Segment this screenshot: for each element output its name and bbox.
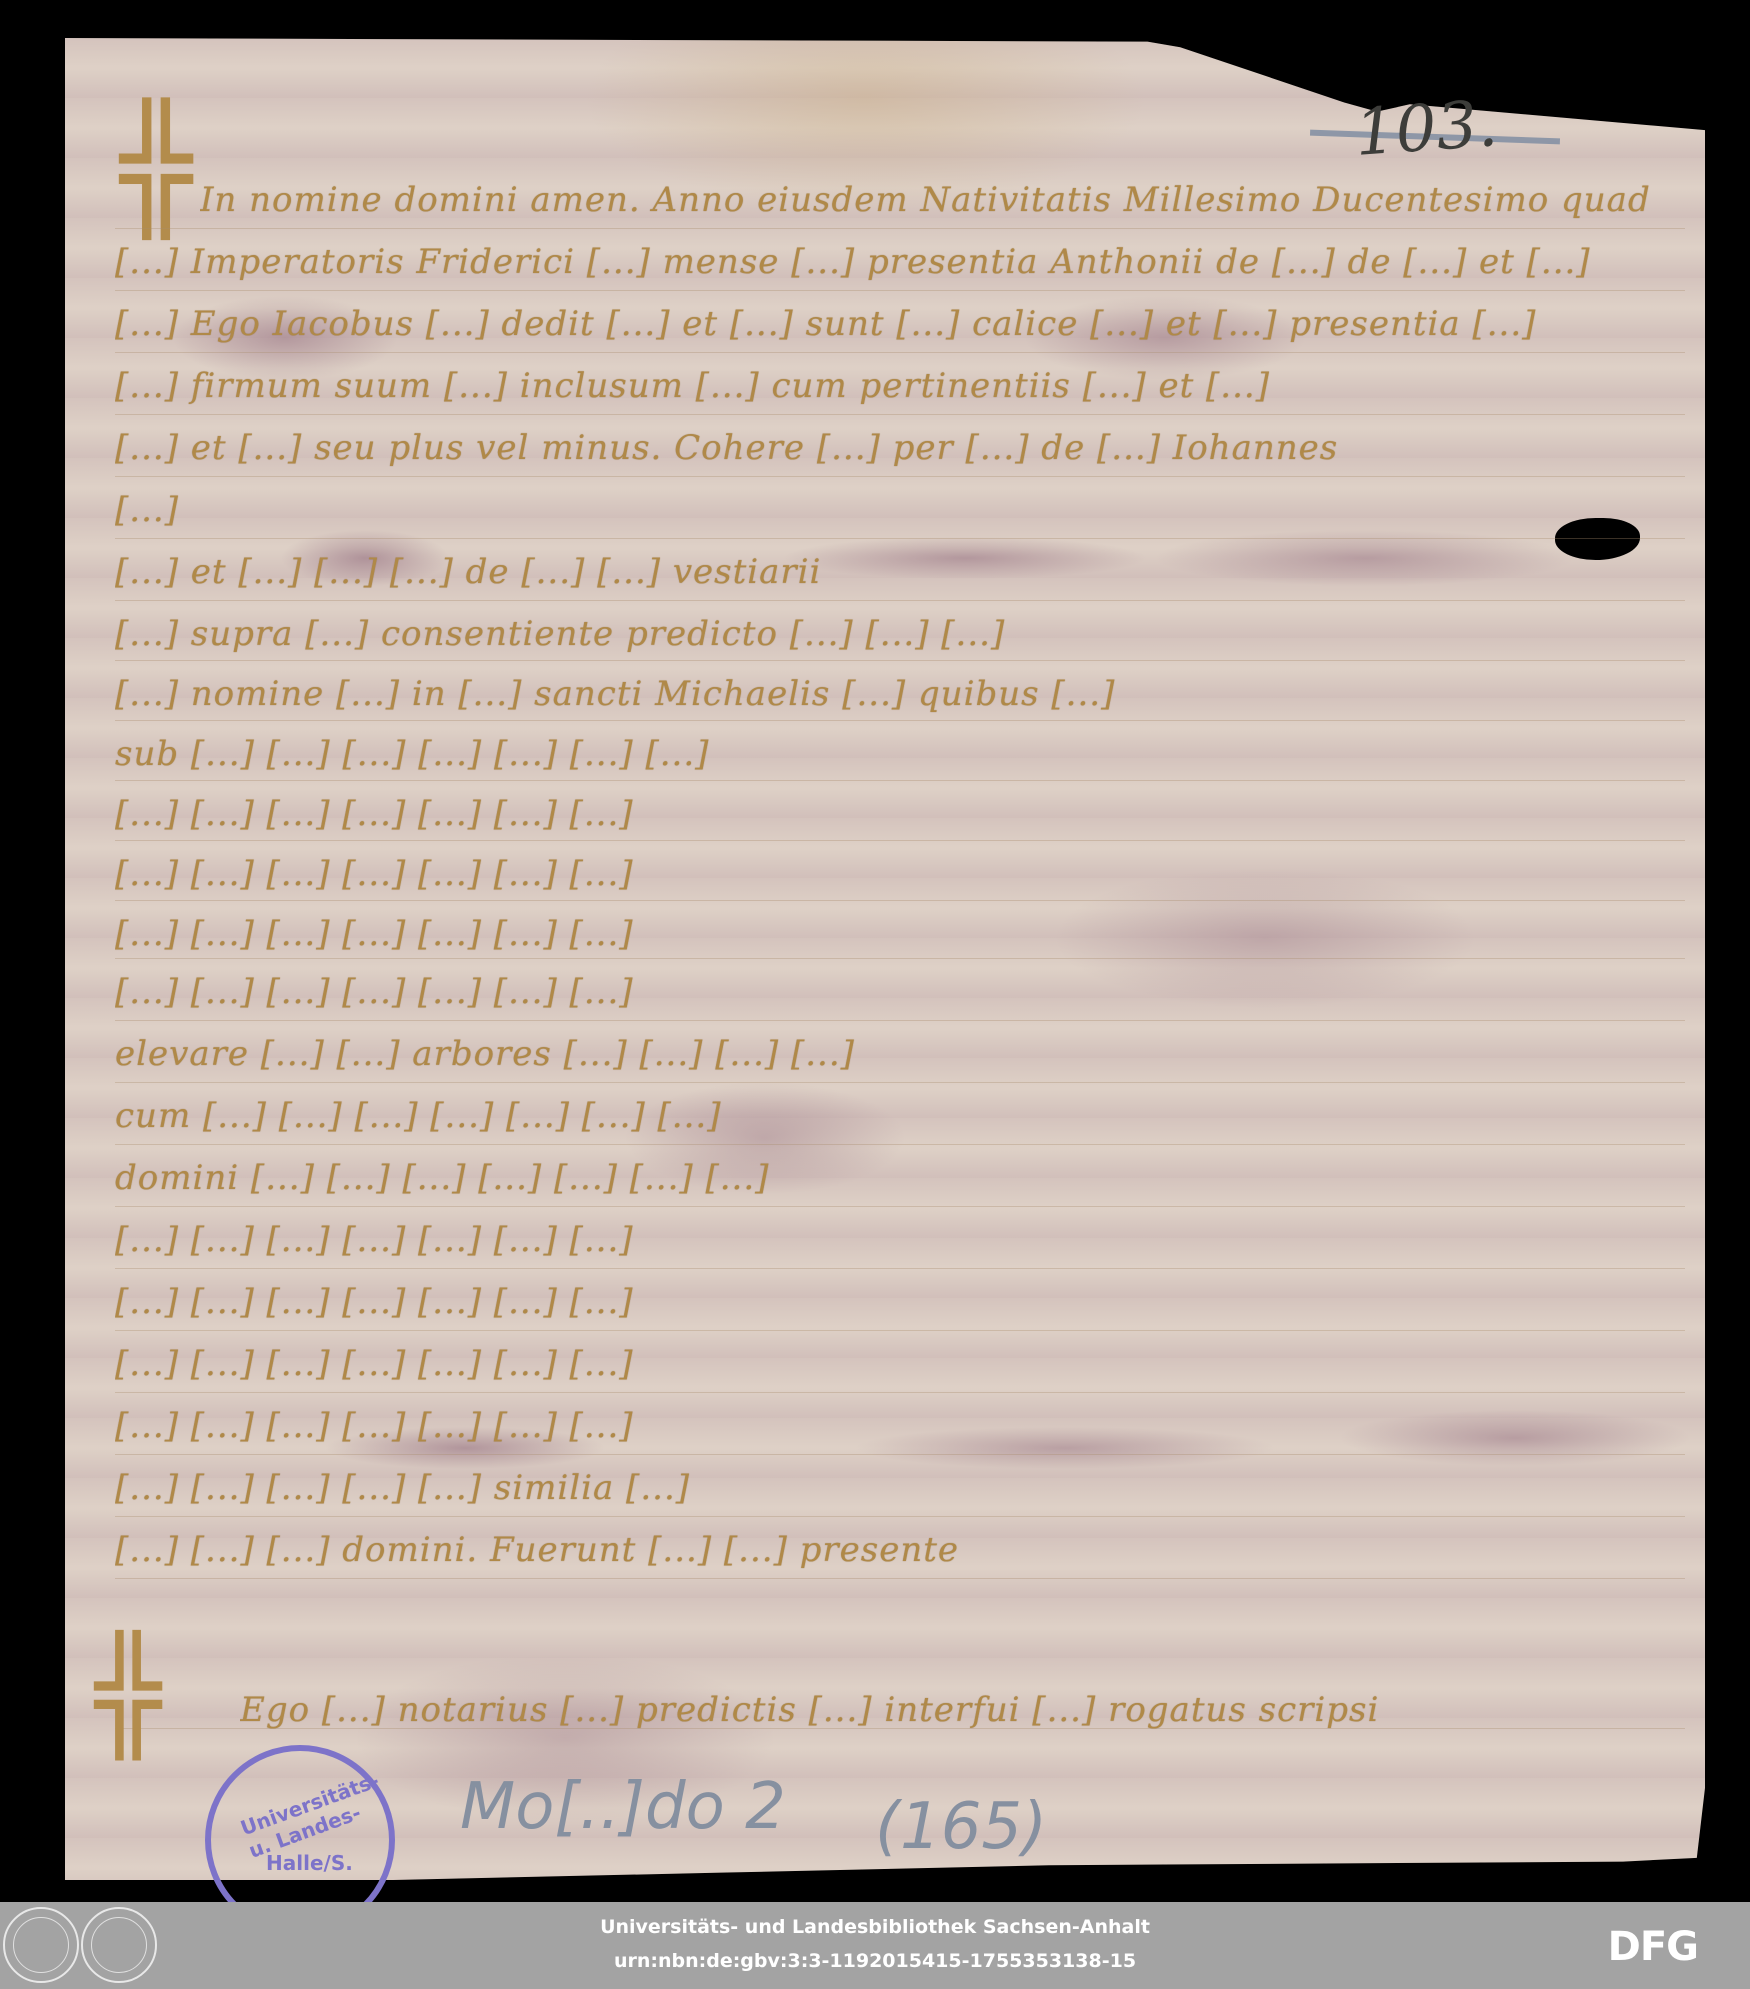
text-line: [...] et [...] seu plus vel minus. Coher… [115,428,1695,468]
text-line: domini [...] [...] [...] [...] [...] [..… [115,1158,1695,1198]
ruling-line [115,228,1685,229]
text-line: [...] [...] [...] [...] [...] [...] [...… [115,1406,1695,1446]
invocation-cross-icon: ╬ [120,110,192,230]
ruling-line [115,1020,1685,1021]
notarial-subscription: Ego [...] notarius [...] predictis [...]… [240,1690,1640,1730]
text-line: [...] supra [...] consentiente predicto … [115,614,1695,654]
text-line: [...] firmum suum [...] inclusum [...] c… [115,366,1695,406]
institution-name: Universitäts- und Landesbibliothek Sachs… [0,1916,1750,1938]
text-line: [...] [...] [...] [...] [...] [...] [...… [115,972,1695,1012]
text-line: [...] et [...] [...] [...] de [...] [...… [115,552,1695,592]
text-line: sub [...] [...] [...] [...] [...] [...] … [115,734,1695,774]
manuscript-viewer: 103. ╬ In nomine domini amen. Anno eiusd… [0,0,1750,1902]
ruling-line [115,600,1685,601]
ruling-line [115,1578,1685,1579]
ruling-line [115,414,1685,415]
text-line: [...] [...] [...] [...] [...] [...] [...… [115,794,1695,834]
dfg-logo: DFG [1608,1924,1698,1970]
text-line: [...] [...] [...] [...] [...] similia [.… [115,1468,1695,1508]
text-line: [...] nomine [...] in [...] sancti Micha… [115,674,1695,714]
ruling-line [115,780,1685,781]
text-line: [...] Ego Iacobus [...] dedit [...] et [… [115,304,1695,344]
ruling-line [115,958,1685,959]
footer-bar: Universitäts- und Landesbibliothek Sachs… [0,1902,1750,1989]
notarial-sign-icon: ╬ [95,1640,161,1750]
ruling-line [115,1330,1685,1331]
text-line: [...] [...] [...] [...] [...] [...] [...… [115,854,1695,894]
ruling-line [115,840,1685,841]
ruling-line [115,1392,1685,1393]
text-line: [...] [...] [...] [...] [...] [...] [...… [115,1282,1695,1322]
ruling-line [115,1454,1685,1455]
ruling-line [115,720,1685,721]
stamp-text: Universitäts- u. Landes- [237,1767,392,1863]
ruling-line [115,1206,1685,1207]
stamp-city: Halle/S. [266,1851,353,1875]
ruling-line [115,1268,1685,1269]
ruling-line [115,352,1685,353]
folio-number: 103. [1353,87,1500,171]
text-line: elevare [...] [...] arbores [...] [...] … [115,1034,1695,1074]
urn-identifier: urn:nbn:de:gbv:3:3-1192015415-1755353138… [0,1950,1750,1972]
ruling-line [115,660,1685,661]
pencil-number: (165) [875,1790,1047,1864]
text-line: [...] [...] [...] [...] [...] [...] [...… [115,914,1695,954]
text-line: [...] Imperatoris Friderici [...] mense … [115,242,1695,282]
text-line: [...] [...] [...] [...] [...] [...] [...… [115,1344,1695,1384]
text-line: In nomine domini amen. Anno eiusdem Nati… [200,180,1650,220]
text-line: cum [...] [...] [...] [...] [...] [...] … [115,1096,1695,1136]
ruling-line [115,290,1685,291]
text-line: [...] [115,490,1535,530]
ruling-line [115,476,1685,477]
ruling-line [115,1516,1685,1517]
ruling-line [115,1144,1685,1145]
text-line: [...] [...] [...] domini. Fuerunt [...] … [115,1530,1695,1570]
ruling-line [115,538,1685,539]
ruling-line [115,1082,1685,1083]
ruling-line [115,900,1685,901]
text-line: [...] [...] [...] [...] [...] [...] [...… [115,1220,1695,1260]
pencil-shelfmark: Mo[..]do 2 [460,1770,786,1844]
